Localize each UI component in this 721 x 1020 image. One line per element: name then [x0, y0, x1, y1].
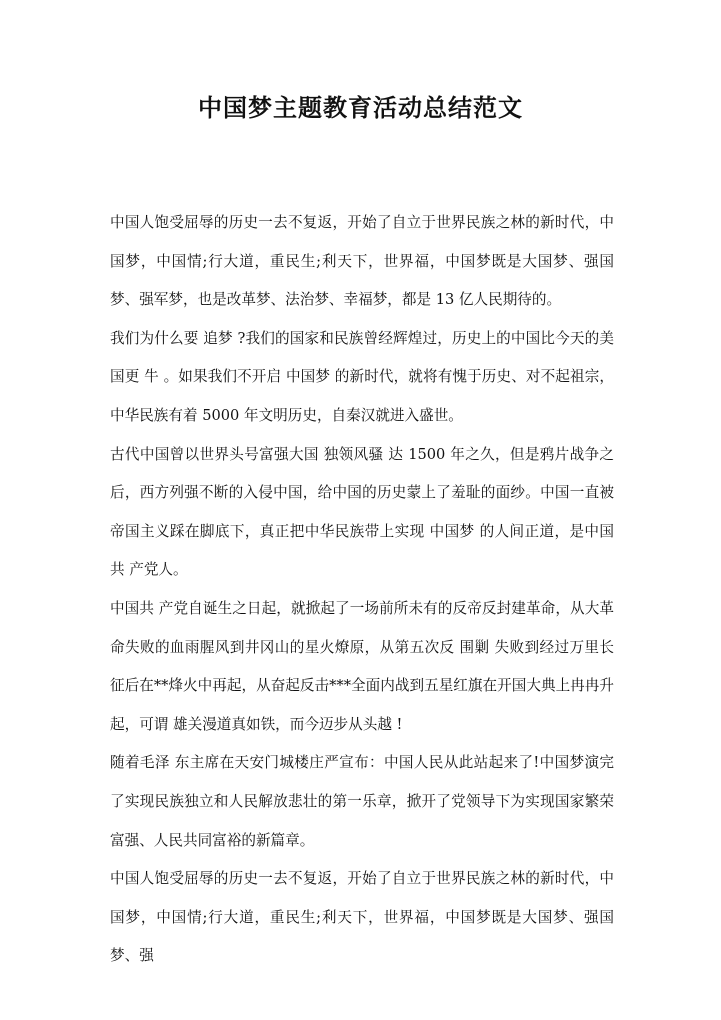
paragraph: 中国人饱受屈辱的历史一去不复返，开始了自立于世界民族之林的新时代，中国梦，中国情…: [110, 860, 614, 976]
paragraph: 中国共 产党自诞生之日起，就掀起了一场前所未有的反帝反封建革命，从大革命失败的血…: [110, 590, 614, 744]
document-page: 中国梦主题教育活动总结范文 中国人饱受屈辱的历史一去不复返，开始了自立于世界民族…: [0, 0, 721, 1020]
paragraph: 古代中国曾以世界头号富强大国 独领风骚 达 1500 年之久，但是鸦片战争之后，…: [110, 436, 614, 590]
paragraph: 随着毛泽 东主席在天安门城楼庄严宣布：中国人民从此站起来了!中国梦演完了实现民族…: [110, 744, 614, 860]
paragraph: 中国人饱受屈辱的历史一去不复返，开始了自立于世界民族之林的新时代，中国梦，中国情…: [110, 204, 614, 320]
document-body: 中国人饱受屈辱的历史一去不复返，开始了自立于世界民族之林的新时代，中国梦，中国情…: [110, 204, 614, 976]
paragraph: 我们为什么要 追梦 ?我们的国家和民族曾经辉煌过，历史上的中国比今天的美国更 牛…: [110, 320, 614, 436]
document-title: 中国梦主题教育活动总结范文: [0, 88, 721, 123]
